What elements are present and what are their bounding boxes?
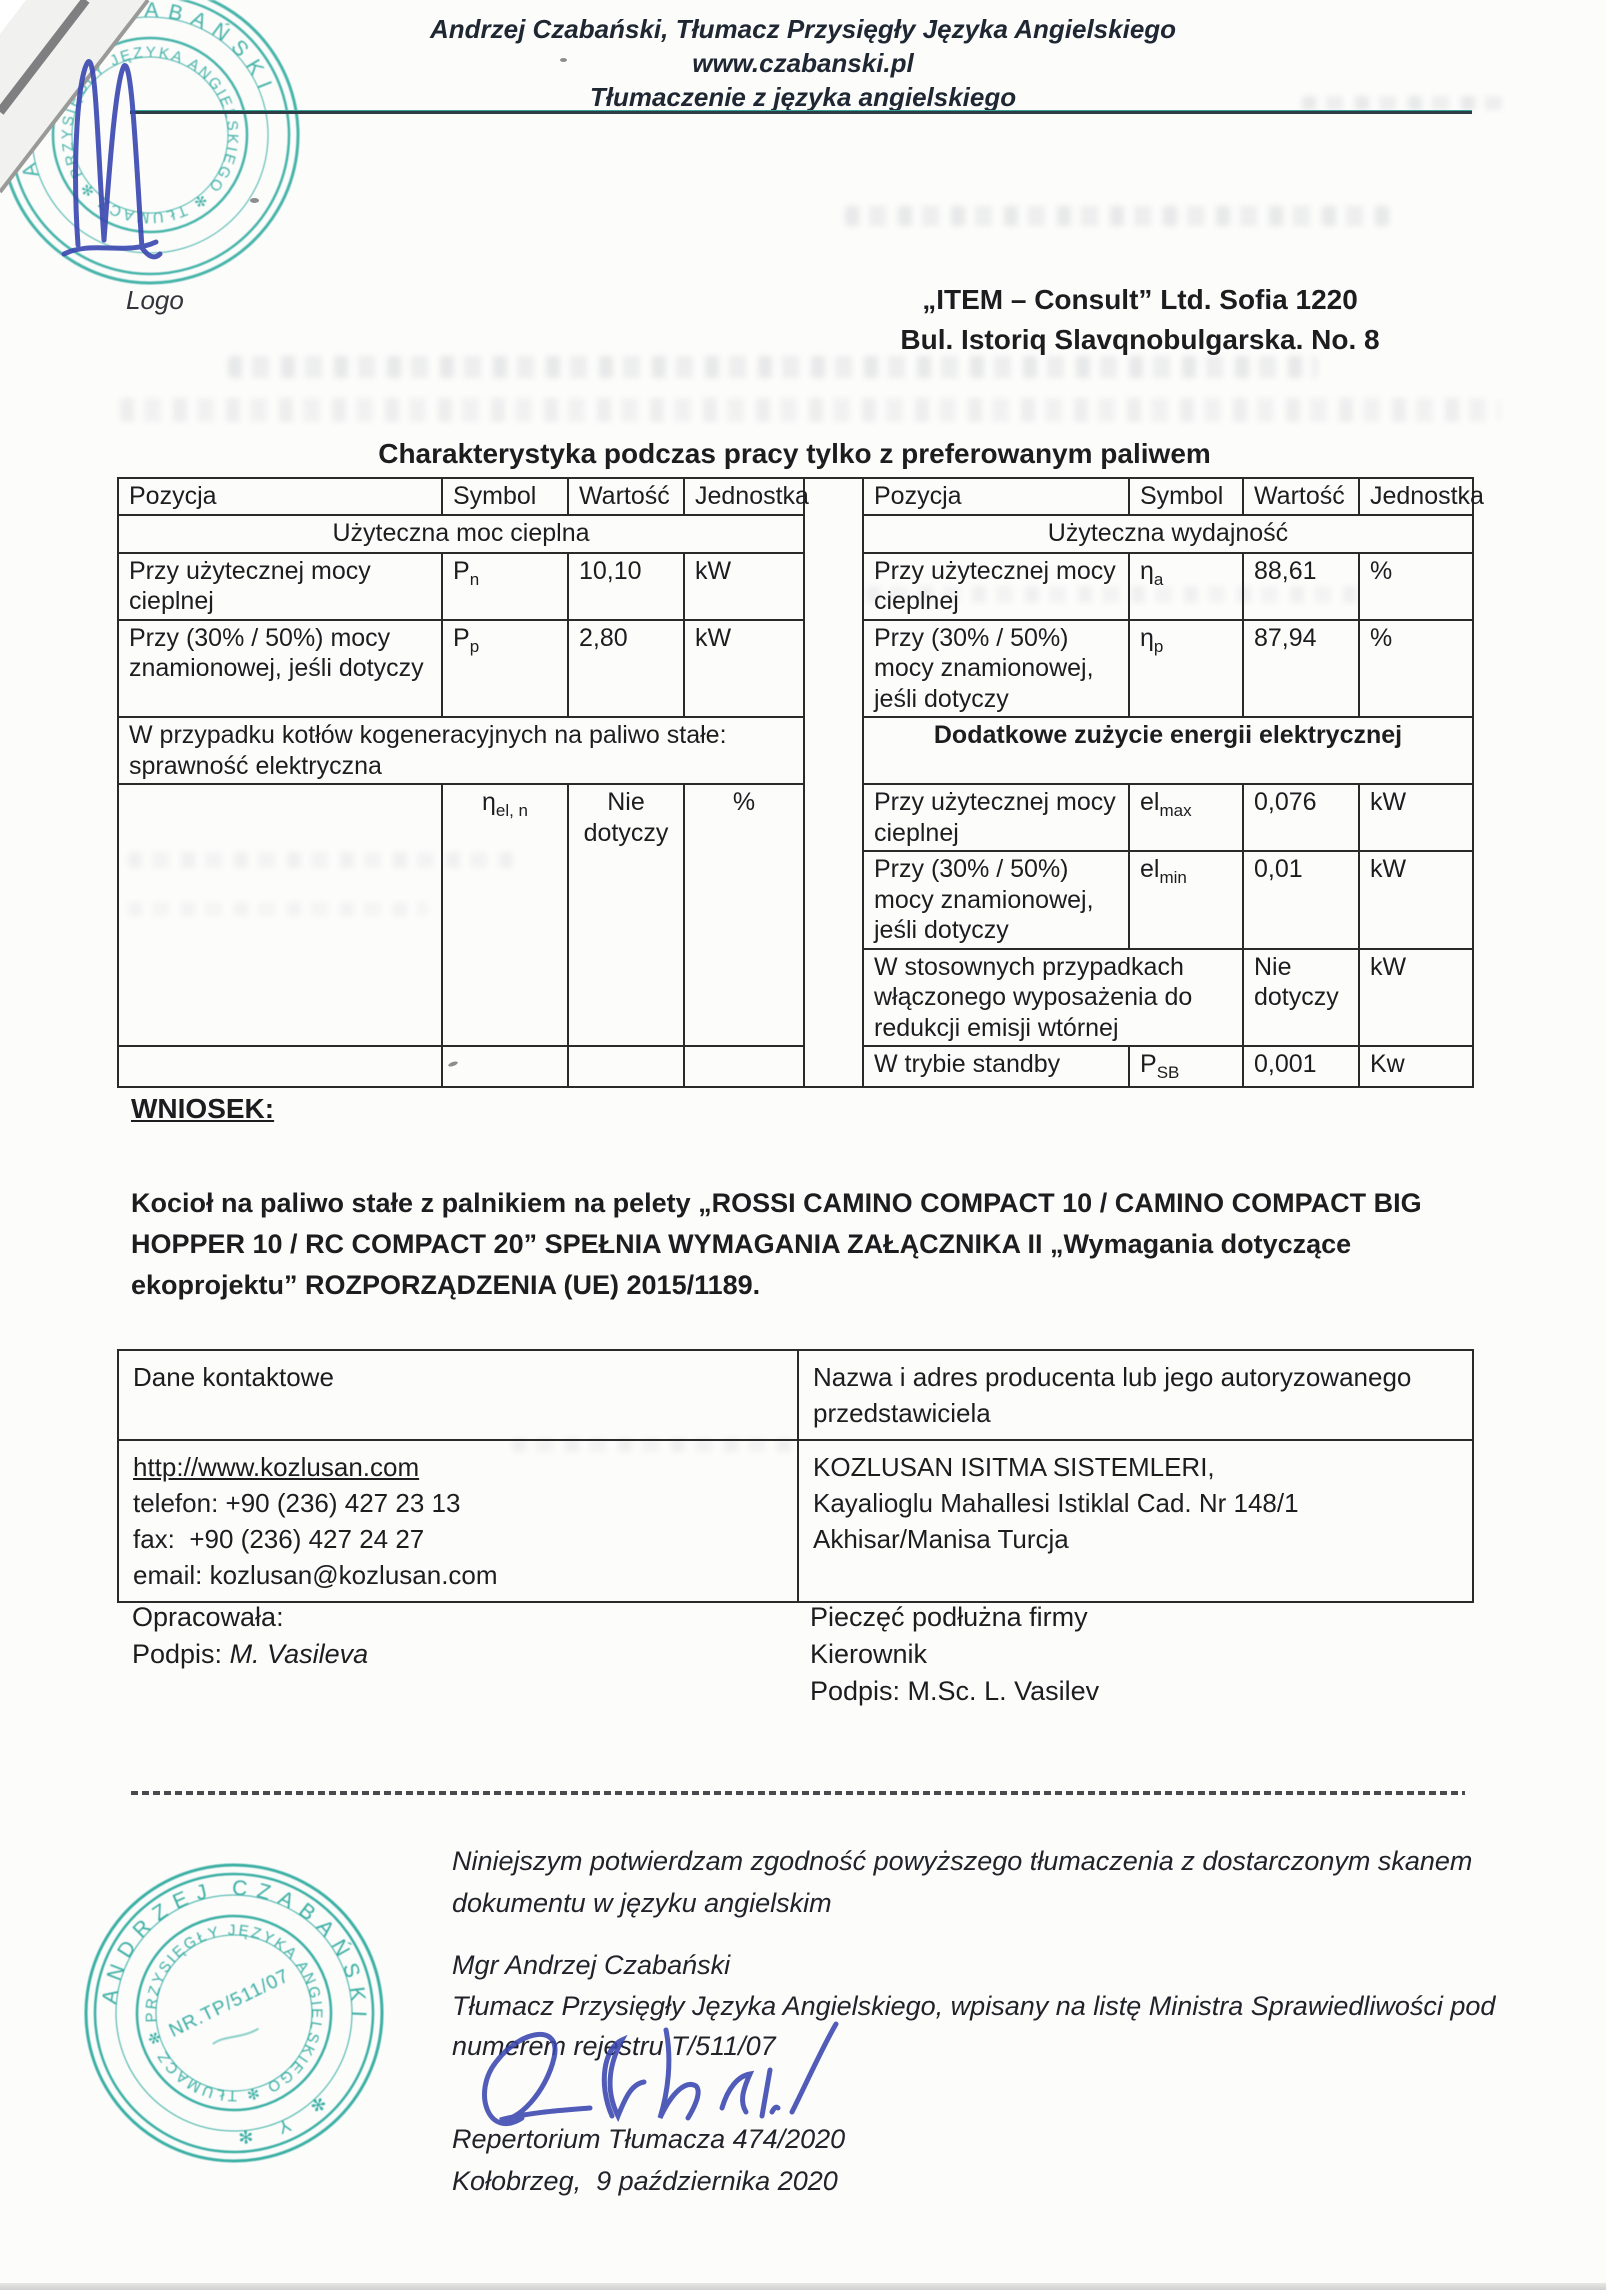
translator-round-stamp: ANDRZEJ CZABAŃSKI ✻ Y ✻ PRZYSIĘGŁY JĘZYK… bbox=[78, 1856, 390, 2170]
el-min-symbol: elmin bbox=[1129, 851, 1243, 949]
contact-body-row: http://www.kozlusan.com telefon: +90 (23… bbox=[118, 1440, 1473, 1602]
recipient-address: „ITEM – Consult” Ltd. Sofia 1220 Bul. Is… bbox=[880, 280, 1400, 360]
manager-title: Kierownik bbox=[810, 1639, 927, 1670]
stamp-inner-text: PRZYSIĘGŁY JĘZYKA ANGIELSKIEGO ✻ TŁUMACZ… bbox=[123, 1903, 344, 2124]
contact-header-row: Dane kontaktowe Nazwa i adres producenta… bbox=[118, 1350, 1473, 1440]
group-right: Użyteczna wydajność bbox=[863, 515, 1473, 553]
fax-line: fax: +90 (236) 427 24 27 bbox=[133, 1521, 783, 1557]
left-note: W przypadku kotłów kogeneracyjnych na pa… bbox=[118, 717, 804, 784]
spec-header-row: Pozycja Symbol Wartość Jednostka Pozycja… bbox=[118, 478, 1473, 515]
phone-line: telefon: +90 (236) 427 23 13 bbox=[133, 1485, 783, 1521]
el-min-unit: kW bbox=[1359, 851, 1473, 949]
translator-signature-ink bbox=[470, 2000, 850, 2150]
pn-unit: kW bbox=[684, 553, 804, 620]
recipient-line1: „ITEM – Consult” Ltd. Sofia 1220 bbox=[880, 280, 1400, 320]
conclusion-heading: WNIOSEK: bbox=[131, 1093, 274, 1125]
table-gap-column bbox=[804, 478, 863, 1087]
group-left: Użyteczna moc cieplna bbox=[118, 515, 804, 553]
eta-el-unit: % bbox=[684, 784, 804, 1046]
eta-p-symbol: ηp bbox=[1129, 620, 1243, 718]
stamp-note: Pieczęć podłużna firmy bbox=[810, 1602, 1088, 1633]
dashed-separator bbox=[131, 1791, 1465, 1795]
header-value-left: Wartość bbox=[568, 478, 684, 515]
prepared-by-signature: Podpis: M. Vasileva bbox=[132, 1639, 368, 1670]
eta-el-value: Nie dotyczy bbox=[568, 784, 684, 1046]
producer-line: Kayalioglu Mahallesi Istiklal Cad. Nr 14… bbox=[813, 1485, 1458, 1521]
letterhead-line1: Andrzej Czabański, Tłumacz Przysięgły Ję… bbox=[0, 12, 1606, 46]
spec-row-pn: Przy użytecznej mocy cieplnej Pn 10,10 k… bbox=[118, 553, 1473, 620]
stamp-center-text: NR.TP/511/07 bbox=[166, 1965, 293, 2041]
logo-placeholder: Logo bbox=[126, 285, 184, 316]
header-unit-left: Jednostka bbox=[684, 478, 804, 515]
eta-p-unit: % bbox=[1359, 620, 1473, 718]
secondary-value: Nie dotyczy bbox=[1243, 949, 1359, 1047]
pn-value: 10,10 bbox=[568, 553, 684, 620]
bleed-through-artifact bbox=[120, 398, 1500, 422]
standby-empty3 bbox=[568, 1046, 684, 1087]
letterhead-line3: Tłumaczenie z języka angielskiego bbox=[0, 80, 1606, 114]
conclusion-line: HOPPER 10 / RC COMPACT 20” SPEŁNIA WYMAG… bbox=[131, 1224, 1461, 1265]
spec-row-eta-el: ηel, n Nie dotyczy % Przy użytecznej moc… bbox=[118, 784, 1473, 851]
contact-right-header: Nazwa i adres producenta lub jego autory… bbox=[798, 1350, 1473, 1440]
spec-table: Pozycja Symbol Wartość Jednostka Pozycja… bbox=[117, 477, 1474, 1088]
header-item-left: Pozycja bbox=[118, 478, 442, 515]
el-max-value: 0,076 bbox=[1243, 784, 1359, 851]
eta-a-symbol: ηa bbox=[1129, 553, 1243, 620]
scan-edge-shadow bbox=[0, 2283, 1606, 2290]
standby-label: W trybie standby bbox=[863, 1046, 1129, 1087]
standby-empty4 bbox=[684, 1046, 804, 1087]
manager-signature: Podpis: M.Sc. L. Vasilev bbox=[810, 1676, 1099, 1707]
contact-left-header: Dane kontaktowe bbox=[118, 1350, 798, 1440]
standby-symbol: PSB bbox=[1129, 1046, 1243, 1087]
pp-label: Przy (30% / 50%) mocy znamionowej, jeśli… bbox=[118, 620, 442, 718]
eta-el-empty bbox=[118, 784, 442, 1046]
eta-el-symbol: ηel, n bbox=[442, 784, 568, 1046]
letterhead-divider bbox=[130, 110, 1472, 114]
el-max-symbol: elmax bbox=[1129, 784, 1243, 851]
right-note: Dodatkowe zużycie energii elektrycznej bbox=[863, 717, 1473, 784]
letterhead-website: www.czabanski.pl bbox=[0, 46, 1606, 80]
conclusion-line: Kocioł na paliwo stałe z palnikiem na pe… bbox=[131, 1183, 1461, 1224]
producer-line: Akhisar/Manisa Turcja bbox=[813, 1521, 1458, 1557]
producer-line: KOZLUSAN ISITMA SISTEMLERI, bbox=[813, 1449, 1458, 1485]
el-max-unit: kW bbox=[1359, 784, 1473, 851]
spec-group-row: Użyteczna moc cieplna Użyteczna wydajnoś… bbox=[118, 515, 1473, 553]
header-unit-right: Jednostka bbox=[1359, 478, 1473, 515]
recipient-line2: Bul. Istoriq Slavqnobulgarska. No. 8 bbox=[880, 320, 1400, 360]
place-and-date: Kołobrzeg, 9 października 2020 bbox=[452, 2166, 838, 2197]
pn-label: Przy użytecznej mocy cieplnej bbox=[118, 553, 442, 620]
el-min-value: 0,01 bbox=[1243, 851, 1359, 949]
el-max-label: Przy użytecznej mocy cieplnej bbox=[863, 784, 1129, 851]
contact-details-cell: http://www.kozlusan.com telefon: +90 (23… bbox=[118, 1440, 798, 1602]
eta-p-value: 87,94 bbox=[1243, 620, 1359, 718]
signature-label: Podpis: bbox=[132, 1639, 230, 1669]
certification-statement: dokumentu w języku angielskim bbox=[452, 1888, 832, 1919]
pn-symbol: Pn bbox=[442, 553, 568, 620]
certification-statement: Niniejszym potwierdzam zgodność powyższe… bbox=[452, 1846, 1472, 1877]
website-link: http://www.kozlusan.com bbox=[133, 1449, 783, 1485]
contact-table: Dane kontaktowe Nazwa i adres producenta… bbox=[117, 1349, 1474, 1603]
bleed-through-artifact bbox=[845, 206, 1390, 226]
header-item-right: Pozycja bbox=[863, 478, 1129, 515]
secondary-label: W stosownych przypadkach włączonego wypo… bbox=[863, 949, 1243, 1047]
spec-row-pp: Przy (30% / 50%) mocy znamionowej, jeśli… bbox=[118, 620, 1473, 718]
svg-text:PRZYSIĘGŁY JĘZYKA ANGIELSKIEGO: PRZYSIĘGŁY JĘZYKA ANGIELSKIEGO ✻ TŁUMACZ… bbox=[123, 1903, 344, 2124]
producer-cell: KOZLUSAN ISITMA SISTEMLERI, Kayalioglu M… bbox=[798, 1440, 1473, 1602]
spec-row-standby: W trybie standby PSB 0,001 Kw bbox=[118, 1046, 1473, 1087]
pp-symbol: Pp bbox=[442, 620, 568, 718]
header-symbol-left: Symbol bbox=[442, 478, 568, 515]
standby-empty2 bbox=[442, 1046, 568, 1087]
standby-empty1 bbox=[118, 1046, 442, 1087]
signature-name: M. Vasileva bbox=[230, 1639, 369, 1669]
standby-unit: Kw bbox=[1359, 1046, 1473, 1087]
conclusion-line: ekoprojektu” ROZPORZĄDZENIA (UE) 2015/11… bbox=[131, 1265, 1461, 1306]
conclusion-paragraph: Kocioł na paliwo stałe z palnikiem na pe… bbox=[131, 1183, 1461, 1306]
eta-a-label: Przy użytecznej mocy cieplnej bbox=[863, 553, 1129, 620]
header-symbol-right: Symbol bbox=[1129, 478, 1243, 515]
prepared-by-label: Opracowała: bbox=[132, 1602, 284, 1633]
translator-name: Mgr Andrzej Czabański bbox=[452, 1950, 730, 1981]
eta-a-value: 88,61 bbox=[1243, 553, 1359, 620]
el-min-label: Przy (30% / 50%) mocy znamionowej, jeśli… bbox=[863, 851, 1129, 949]
pp-unit: kW bbox=[684, 620, 804, 718]
eta-p-label: Przy (30% / 50%) mocy znamionowej, jeśli… bbox=[863, 620, 1129, 718]
corner-signature-ink bbox=[40, 30, 200, 270]
spec-table-title: Charakterystyka podczas pracy tylko z pr… bbox=[117, 438, 1472, 470]
scanned-translation-page: ANDRZEJ CZABAŃSKI PRZYSIĘGŁY JĘZYKA ANGI… bbox=[0, 0, 1606, 2290]
header-value-right: Wartość bbox=[1243, 478, 1359, 515]
pp-value: 2,80 bbox=[568, 620, 684, 718]
secondary-unit: kW bbox=[1359, 949, 1473, 1047]
spec-note-row: W przypadku kotłów kogeneracyjnych na pa… bbox=[118, 717, 1473, 784]
letterhead: Andrzej Czabański, Tłumacz Przysięgły Ję… bbox=[0, 12, 1606, 114]
email-line: email: kozlusan@kozlusan.com bbox=[133, 1557, 783, 1593]
eta-a-unit: % bbox=[1359, 553, 1473, 620]
standby-value: 0,001 bbox=[1243, 1046, 1359, 1087]
